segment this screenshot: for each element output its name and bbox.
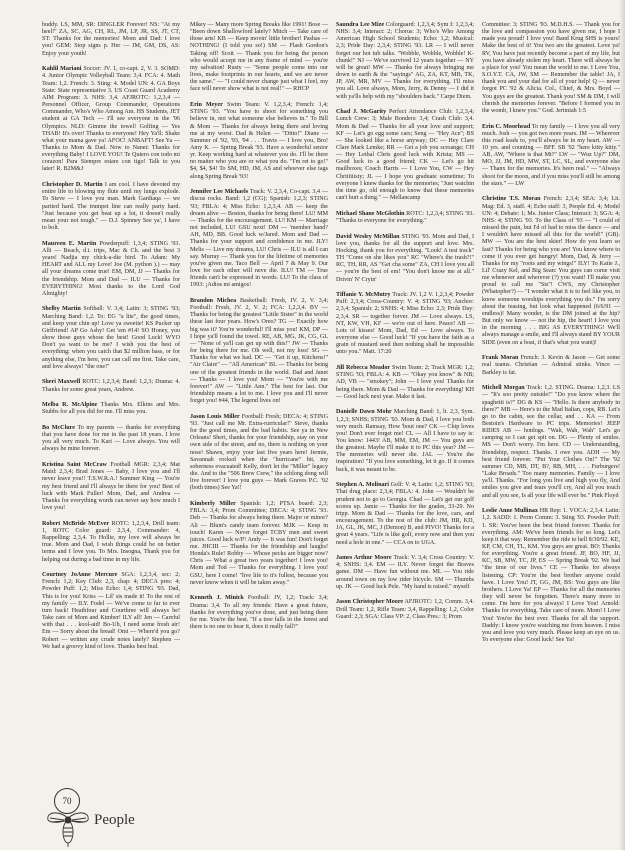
- section-label: People: [94, 812, 135, 829]
- student-name: Kahlil Mariani: [42, 66, 81, 72]
- student-name: Saundra Lee Mize: [336, 22, 384, 28]
- text-column-1: buddy. LS, MM, SR: DINGLER Forever! NS: …: [42, 22, 180, 659]
- student-name: Jason Christopher Moore: [336, 599, 403, 605]
- student-name: Frank Moran: [482, 355, 518, 361]
- text-column-3: Saundra Lee Mize Colorguard: 1,2,3,4; Sy…: [336, 22, 474, 629]
- entry-text: Golf: V. 4; Latin: 1,2; STING '93; That …: [336, 482, 474, 545]
- student-name: Tiffanie Y. McMutry: [336, 292, 391, 298]
- student-name: Kenneth J. Minick: [190, 595, 244, 601]
- senior-entry: Christopher D. Martin I am cool. I have …: [42, 182, 180, 232]
- entry-text: ROTC: 1,2,3,4, Drill team: 1, ROTC Color…: [42, 521, 180, 563]
- text-column-2: Mikey — Many more Spring Breaks like 199…: [190, 22, 328, 640]
- entry-text: Marching Band: 1, lt. 2,3, Sym. 1,2,3; S…: [336, 409, 474, 472]
- entry-text: SGA: 1,2,3,4, sec: 2; French: 1,2; Key C…: [42, 572, 180, 650]
- entry-text: Mikey — Many more Spring Breaks like 199…: [190, 22, 328, 92]
- senior-entry: Jennifer Lee Michaels Track: V. 2,3,4, C…: [190, 189, 328, 289]
- student-name: Erin Meyer: [190, 102, 223, 108]
- entry-text: To my family — I love you all very much.…: [482, 124, 620, 187]
- student-name: Bo McClure: [42, 425, 75, 431]
- student-name: Kimberly Miller: [190, 501, 236, 507]
- student-name: Michell Morgan: [482, 385, 525, 391]
- entry-text: Football MGR: 2,3,4; Mat Maid: 2,3,4; Br…: [42, 462, 180, 511]
- senior-entry: Bo McClure To my parents — thanks for ev…: [42, 425, 180, 454]
- senior-entry: Shelby Martin Softball: V. 3,4; Latin: 3…: [42, 306, 180, 370]
- senior-entry: Danielle Dawn Mohr Marching Band: 1, lt.…: [336, 409, 474, 473]
- student-name: Danielle Dawn Mohr: [336, 409, 392, 415]
- student-name: Christopher D. Martin: [42, 182, 103, 188]
- senior-entry: Erin C. Moorhead To my family — I love y…: [482, 124, 620, 188]
- senior-entry: Christine T.S. Moran French: 2,3,4; SEA:…: [482, 196, 620, 346]
- student-name: Sheri Maxwell: [42, 379, 80, 385]
- student-name: Jennifer Lee Michaels: [190, 189, 248, 195]
- senior-entry: Kenneth J. Minick Football: JV, 1,2; Tra…: [190, 595, 328, 631]
- entry-text: Spanish: 1,2; PTSA board: 2,3; FBLA: 3,4…: [190, 501, 328, 586]
- senior-entry: Erin Meyer Swim Team: V. 1,2,3,4; French…: [190, 102, 328, 181]
- entry-text: Softball: V. 3,4; Latin: 3; STING '93; M…: [42, 306, 180, 369]
- entry-text: STING '93. Mom and Dad, I love you, than…: [336, 234, 474, 283]
- entry-text: HR Rep: 1. VOCA: 2,3,4. Latin: 1,2. SADD…: [482, 508, 620, 643]
- student-name: Maureen E. Martin: [42, 241, 96, 247]
- entry-text: Football: Fresh; DECA: 4; STING '93. "Ju…: [190, 414, 328, 492]
- page-number: 70: [54, 788, 80, 814]
- senior-entry: Jason Louis Miller Football: Fresh; DECA…: [190, 414, 328, 493]
- student-name: Jason Louis Miller: [190, 414, 240, 420]
- student-name: Erin C. Moorhead: [482, 124, 530, 130]
- senior-entry: Stephen A. Molinari Golf: V. 4; Latin: 1…: [336, 482, 474, 546]
- senior-entry: Frank Moran French: 3. Kevin & Jason — G…: [482, 355, 620, 376]
- entry-text: Track: JV. 1,2 V. 1,2,3,4; Powder Puff: …: [336, 292, 474, 355]
- entry-text: French: 2,3,4; SEA: 3,4; Lit. Mag: Ed. 3…: [482, 196, 620, 345]
- student-name: Kristina Saint McCraw: [42, 462, 107, 468]
- page-footer: 70 People: [42, 788, 182, 848]
- senior-entry: Leslie Anne Mullinax HR Rep: 1. VOCA: 2,…: [482, 508, 620, 644]
- entry-text: buddy. LS, MM, SR: DINGLER Forever! NS: …: [42, 22, 180, 57]
- senior-entry: Sheri Maxwell ROTC: 1,2,3,4; Band: 1,2,3…: [42, 379, 180, 393]
- entry-text: Basketball: Fresh, JV. 2, V. 3,4; Footba…: [190, 298, 328, 404]
- senior-entry: Robert McBride McEver ROTC: 1,2,3,4, Dri…: [42, 521, 180, 564]
- entry-text: Perfect Attendance Club: 1,2,3,4; Lunch …: [336, 109, 474, 201]
- page-edge-shadow: [619, 0, 625, 850]
- student-name: Robert McBride McEver: [42, 521, 109, 527]
- senior-entry: Melba R. McAlpine Thanks Mrs. Elkins and…: [42, 402, 180, 416]
- senior-entry: Kahlil Mariani Soccer: JV. 1, co-capt. 2…: [42, 66, 180, 173]
- senior-entry: Jill Rebecca Meador Swim Team: 2; Track …: [336, 365, 474, 401]
- entry-text: Committee: 3; STING '93. M.D.H.S. — Than…: [482, 22, 620, 114]
- yearbook-page: buddy. LS, MM, SR: DINGLER Forever! NS: …: [0, 0, 625, 850]
- student-name: David Wesley McMillan: [336, 234, 400, 240]
- student-name: Brandon Michea: [190, 298, 236, 304]
- student-name: Shelby Martin: [42, 306, 81, 312]
- senior-entry: Jason Christopher Moore AFJROTC: 1,2, Co…: [336, 599, 474, 620]
- senior-entry: Brandon Michea Basketball: Fresh, JV. 2,…: [190, 298, 328, 405]
- student-name: Courtney JoAnne Mercure: [42, 572, 117, 578]
- senior-entry: James Arthur Moore Track: V. 3,4; Cross …: [336, 555, 474, 591]
- student-name: Chad J. McGarity: [336, 109, 386, 115]
- senior-entry: buddy. LS, MM, SR: DINGLER Forever! NS: …: [42, 22, 180, 58]
- text-column-4: Committee: 3; STING '93. M.D.H.S. — Than…: [482, 22, 620, 653]
- entry-text: I am cool. I have devoted my entire life…: [42, 182, 180, 231]
- student-name: Stephen A. Molinari: [336, 482, 389, 488]
- senior-entry: Michael Shane McGlothin ROTC: 1,2,3,4; S…: [336, 211, 474, 225]
- senior-entry: Kimberly Miller Spanish: 1,2; PTSA board…: [190, 501, 328, 587]
- student-name: Leslie Anne Mullinax: [482, 508, 538, 514]
- senior-entry: Maureen E. Martin Powderpuff: 1,3,4; STI…: [42, 241, 180, 298]
- entry-text: Track: 1,2. STING. Drama: 1,2,3. LS — "I…: [482, 385, 620, 498]
- senior-entry: Committee: 3; STING '93. M.D.H.S. — Than…: [482, 22, 620, 115]
- senior-entry: Chad J. McGarity Perfect Attendance Club…: [336, 109, 474, 202]
- senior-entry: David Wesley McMillan STING '93. Mom and…: [336, 234, 474, 284]
- entry-text: Track: V. 2,3,4, Co-capt. 3,4 — discus r…: [190, 189, 328, 288]
- entry-text: Swim Team: V. 1,2,3,4; French: 1,4; STIN…: [190, 102, 328, 180]
- senior-entry: Kristina Saint McCraw Football MGR: 2,3,…: [42, 462, 180, 512]
- entry-text: Powderpuff: 1,3,4; STING '93. Alli — Bea…: [42, 241, 180, 297]
- student-name: Christine T.S. Moran: [482, 196, 541, 202]
- senior-entry: Mikey — Many more Spring Breaks like 199…: [190, 22, 328, 94]
- student-name: James Arthur Moore: [336, 555, 392, 561]
- student-name: Jill Rebecca Meador: [336, 365, 390, 371]
- senior-entry: Courtney JoAnne Mercure SGA: 1,2,3,4, se…: [42, 572, 180, 651]
- entry-text: Soccer: JV. 1, co-capt. 2, V. 3. SOMD: 4…: [42, 66, 180, 172]
- student-name: Melba R. McAlpine: [42, 402, 97, 408]
- senior-entry: Saundra Lee Mize Colorguard: 1,2,3,4; Sy…: [336, 22, 474, 101]
- senior-entry: Tiffanie Y. McMutry Track: JV. 1,2 V. 1,…: [336, 292, 474, 356]
- senior-entry: Michell Morgan Track: 1,2. STING. Drama:…: [482, 385, 620, 500]
- entry-text: Colorguard: 1,2,3,4; Sym I: 1,2,3,4; NHS…: [336, 22, 474, 100]
- student-name: Michael Shane McGlothin: [336, 211, 405, 217]
